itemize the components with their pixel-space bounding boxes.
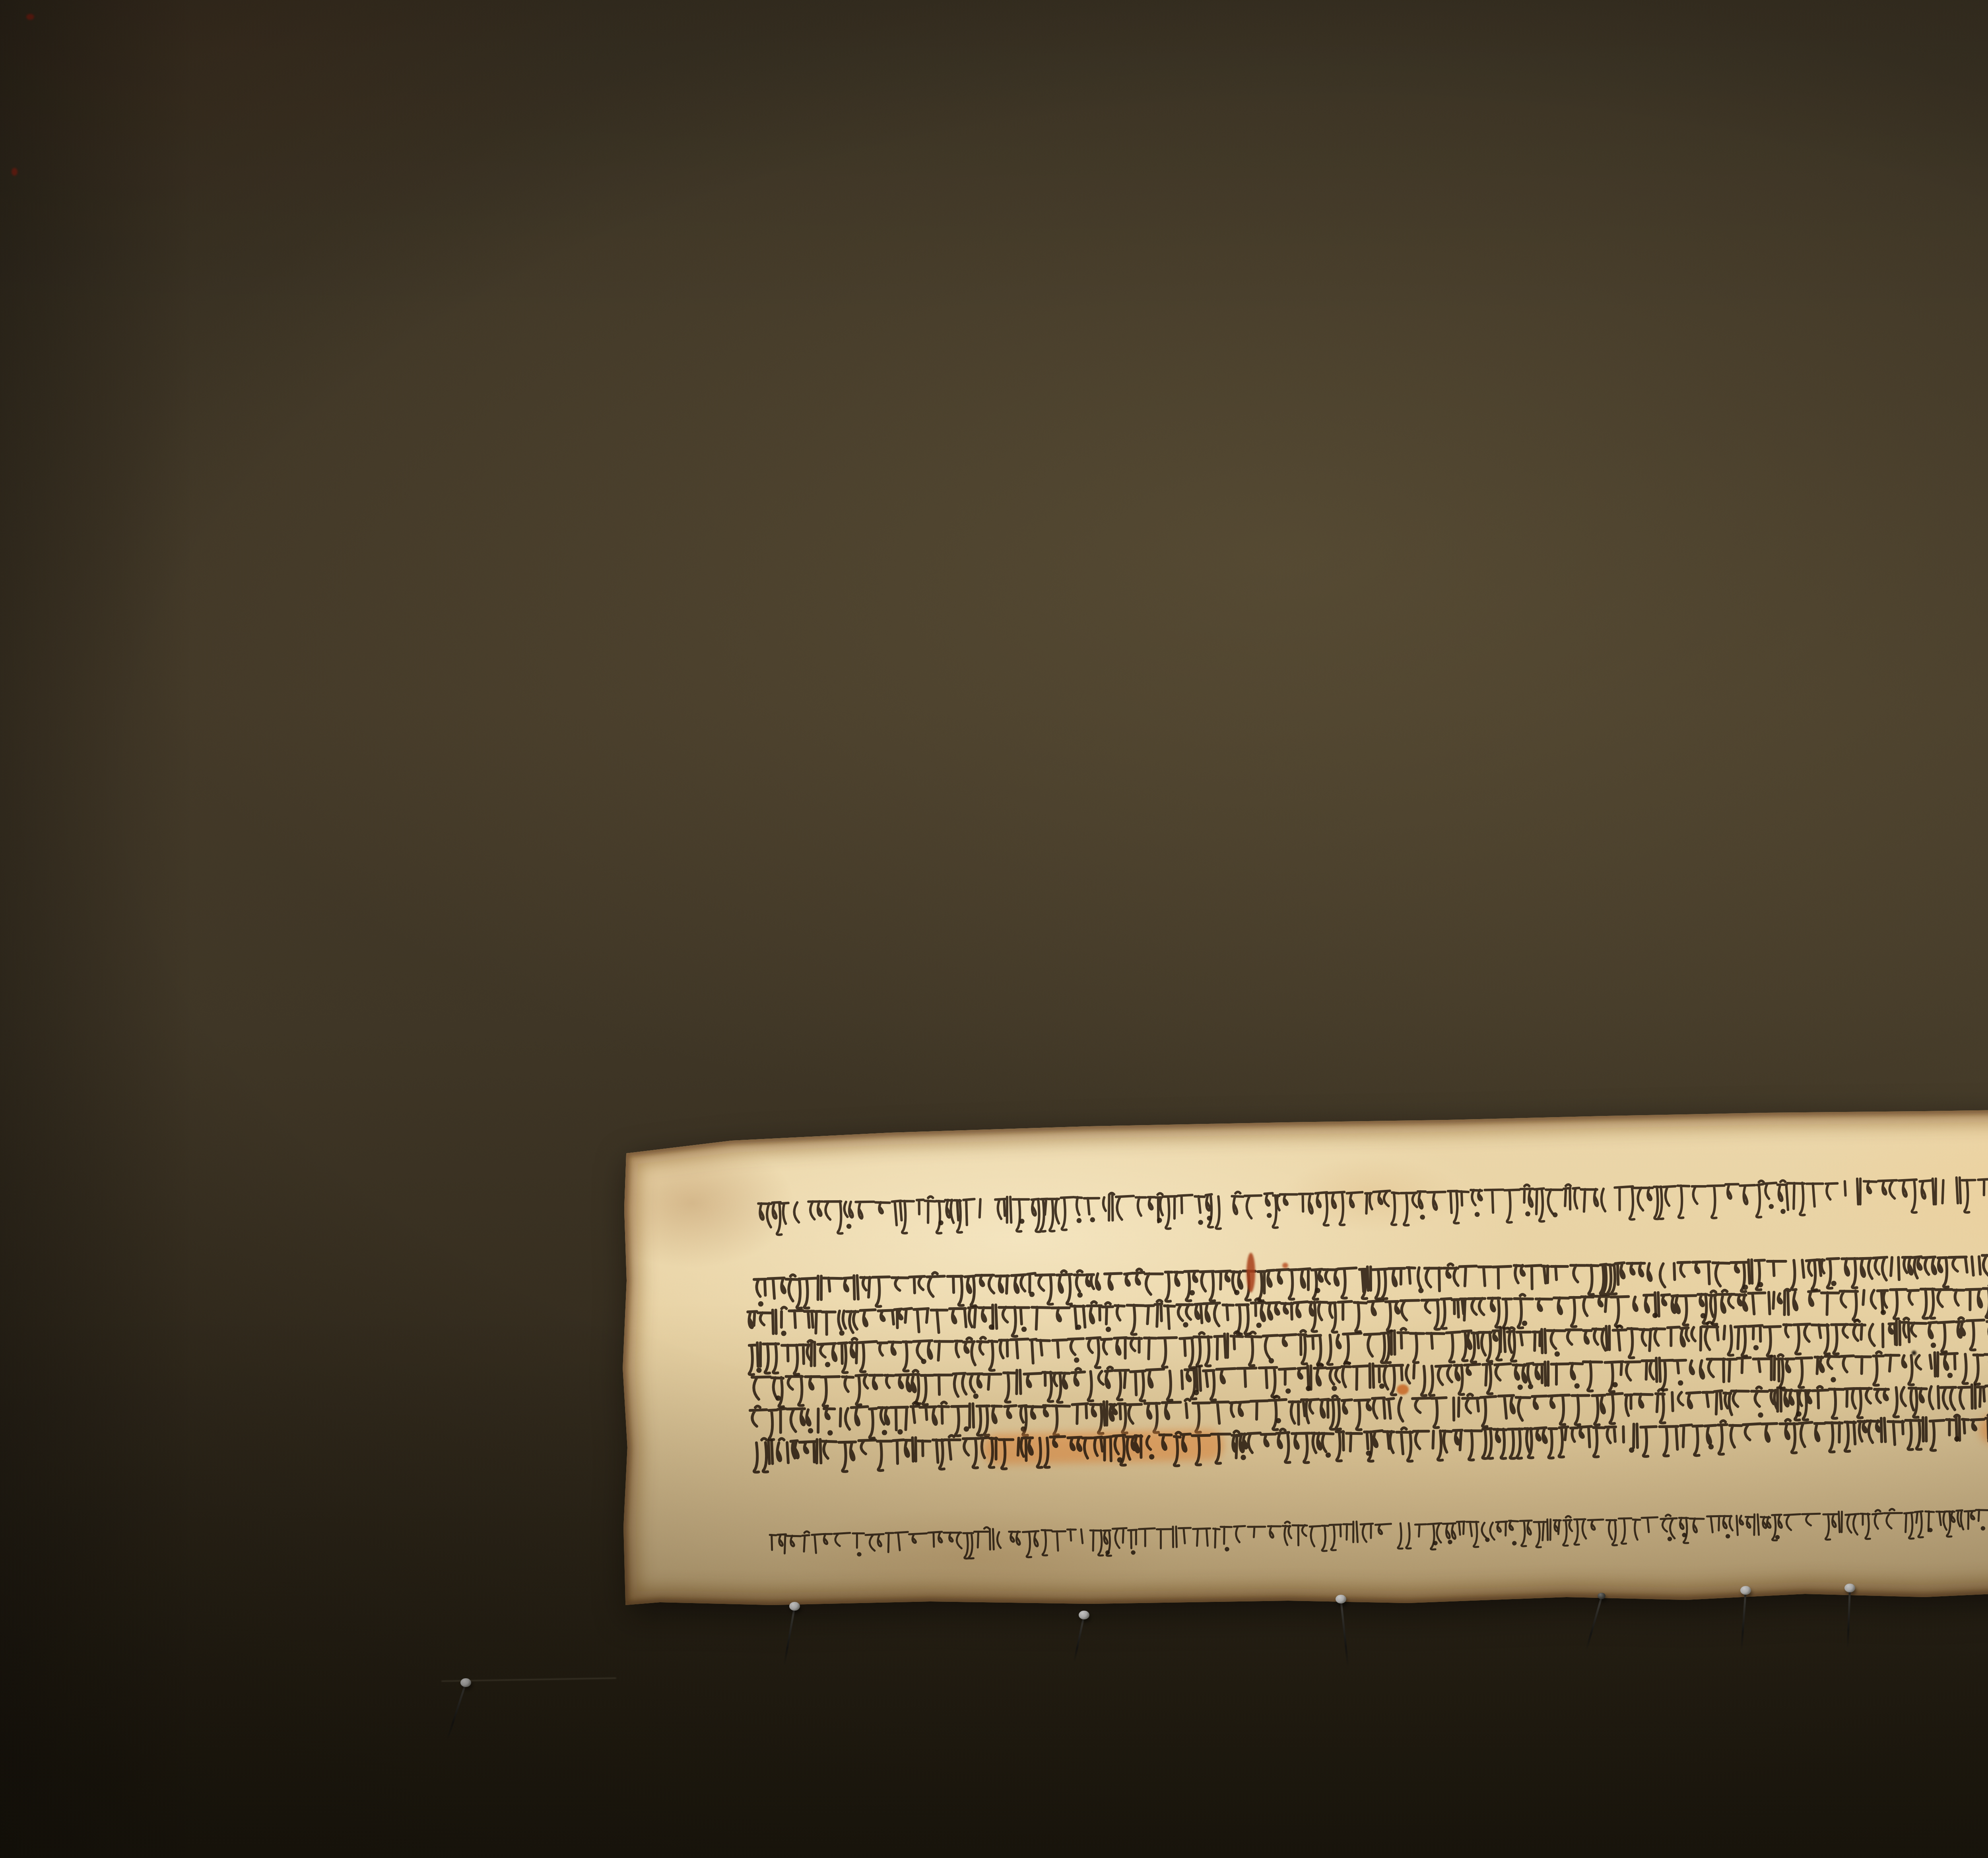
- pin-shaft: [1073, 1615, 1085, 1662]
- pin-shaft: [1740, 1591, 1746, 1650]
- pin-head: [1844, 1584, 1855, 1592]
- pin-head: [1079, 1611, 1089, 1619]
- pin-head: [460, 1678, 471, 1687]
- pin-shaft: [783, 1607, 795, 1666]
- pin-layer: [0, 0, 1988, 1858]
- pin-shaft: [1846, 1588, 1850, 1648]
- pin-shaft: [1585, 1596, 1602, 1650]
- pin-head: [1598, 1593, 1606, 1599]
- pin-head: [789, 1602, 800, 1611]
- pin-shaft: [446, 1683, 466, 1740]
- pin-head: [1740, 1586, 1751, 1595]
- pin-head: [1336, 1595, 1346, 1603]
- photo-backdrop: ওঁ পাহীত্যাদি। যজুর্হিদং আয়ুযং প্রাযশ্চ…: [0, 0, 1988, 1858]
- pin-shaft: [1340, 1600, 1349, 1667]
